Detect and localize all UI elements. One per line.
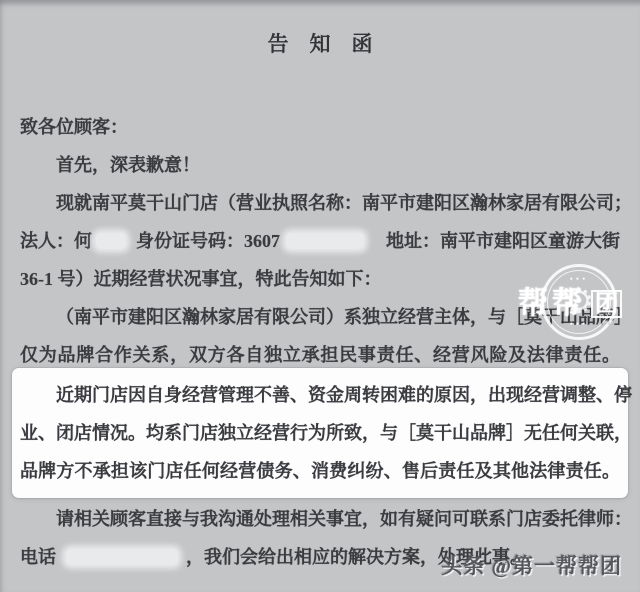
- closing-line-1: 请相关顾客直接与我沟通处理相关事宜，如有疑问可联系门店委托律师：: [20, 500, 620, 538]
- salutation-line: 致各位顾客：: [20, 108, 620, 146]
- id-number-label: 身份证号码：3607: [136, 222, 280, 260]
- highlight-line-3: 品牌方不承担该门店任何经营债务、消费纠纷、售后责任及其他法律责任。: [20, 452, 620, 490]
- redacted-id-patch: [286, 233, 364, 249]
- phone-line: 电话 ，我们会给出相应的解决方案，处理此事。: [20, 538, 620, 576]
- entity-line-1: （南平市建阳区瀚林家居有限公司）系独立经营主体，与［莫干山品牌］: [20, 298, 620, 336]
- redacted-name-patch: [96, 233, 126, 249]
- apology-line: 首先，深表歉意！: [20, 146, 620, 184]
- entity-line-2: 仅为品牌合作关系，双方各自独立承担民事责任、经营风险及法律责任。: [20, 336, 620, 374]
- legal-person-label: 法人：何: [20, 222, 92, 260]
- closing-line-2: ，我们会给出相应的解决方案，处理此事。: [186, 538, 528, 576]
- intro-line: 现就南平莫干山门店（营业执照名称：南平市建阳区瀚林家居有限公司；: [20, 184, 620, 222]
- highlight-line-2: 业、闭店情况。均系门店独立经营行为所致，与［莫干山品牌］无任何关联，: [20, 414, 620, 452]
- notice-document: 告 知 函 致各位顾客： 首先，深表歉意！ 现就南平莫干山门店（营业执照名称：南…: [0, 0, 640, 592]
- legal-person-line: 法人：何 身份证号码：3607 地址：南平市建阳区童游大街: [20, 222, 620, 260]
- address-line-2: 36-1 号）近期经营状况事宜，特此告知如下：: [20, 260, 620, 298]
- highlighted-paragraph: 近期门店因自身经营管理不善、资金周转困难的原因，出现经营调整、停 业、闭店情况。…: [12, 368, 628, 498]
- highlight-line-1: 近期门店因自身经营管理不善、资金周转困难的原因，出现经营调整、停: [20, 376, 620, 414]
- document-title: 告 知 函: [20, 30, 620, 58]
- address-label: 地址：南平市建阳区童游大街: [386, 222, 620, 260]
- phone-label: 电话: [20, 538, 56, 576]
- redacted-phone-patch: [66, 549, 178, 565]
